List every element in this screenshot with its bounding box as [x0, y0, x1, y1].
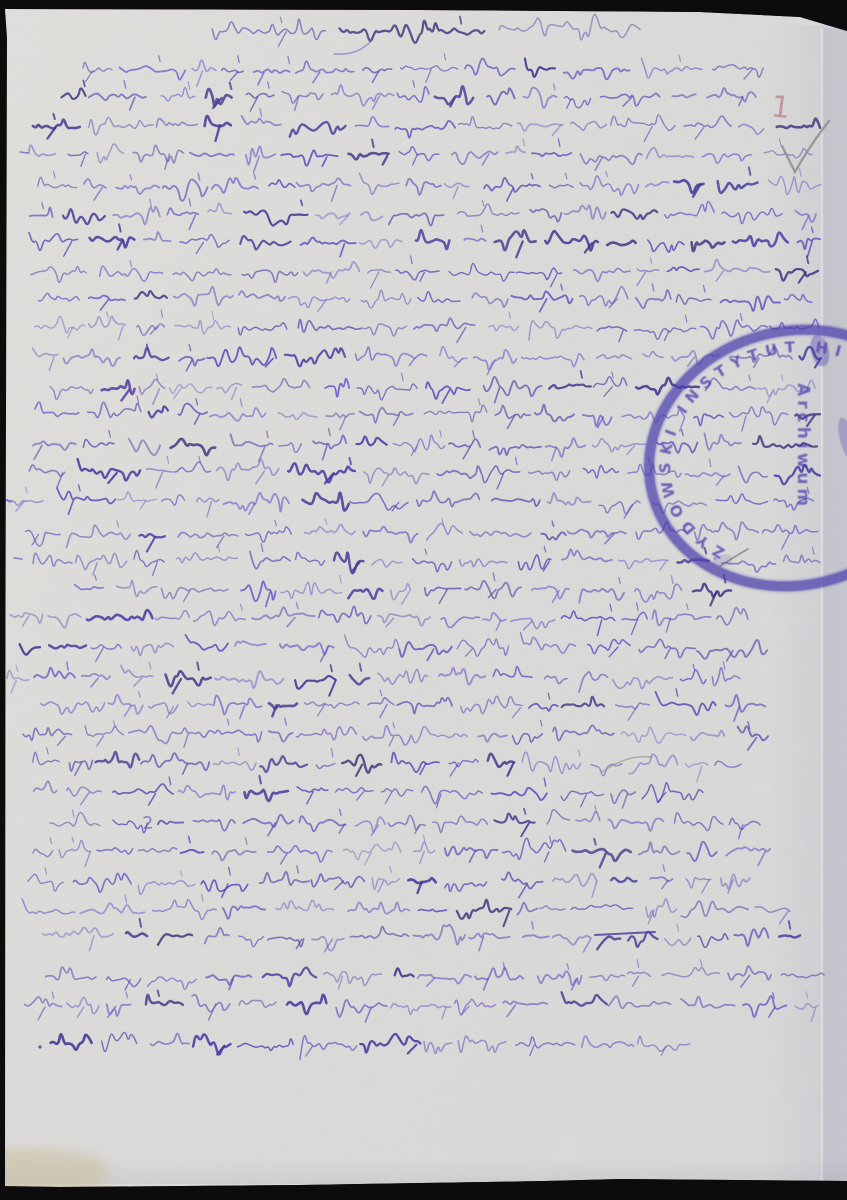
handwriting-stroke [594, 839, 596, 845]
handwriting-stroke [20, 152, 28, 153]
handwriting-stroke [53, 114, 55, 119]
scan-overlay: 2 ŻYDOWSKI INSTYTUT HISTORYCZNY Archiwum… [0, 0, 847, 1200]
sentence-end-period [38, 1045, 41, 1048]
handwriting-stroke [372, 139, 374, 147]
paper-grain-texture [0, 0, 847, 1200]
inline-numeral-2: 2 [142, 813, 154, 834]
scanned-document: 2 ŻYDOWSKI INSTYTUT HISTORYCZNY Archiwum… [0, 0, 847, 1200]
handwriting-stroke [14, 558, 22, 559]
stamp-center-text: Archiwum [793, 383, 813, 510]
handwriting-stroke [230, 83, 232, 89]
handwriting-stroke [259, 776, 261, 784]
